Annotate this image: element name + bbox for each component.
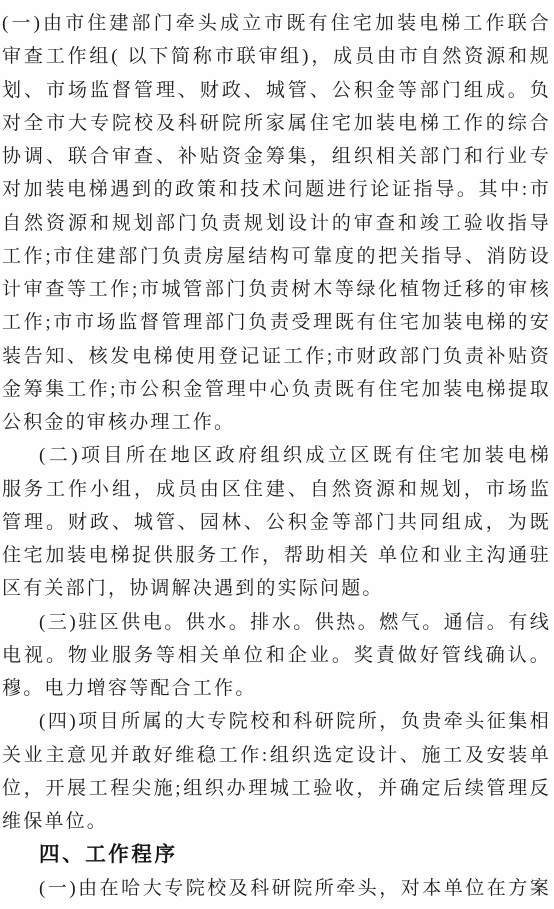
text-line: 关业主意见并敢好维稳工作:组织选定设计、施工及安装单 bbox=[2, 739, 551, 772]
text-line: (二)项目所在地区政府组织成立区既有住宅加装电梯 bbox=[2, 439, 551, 472]
text-line: (四)项目所属的大专院校和科研院所，负贵牵头征集相 bbox=[2, 705, 551, 738]
text-line: (一)由市住建部门牵头成立市既有住宅加装电梯工作联合 bbox=[2, 7, 551, 40]
text-line: 金筹集工作;市公积金管理中心负责既有住宅加装电梯提取 bbox=[2, 373, 551, 406]
text-line: 维保单位。 bbox=[2, 805, 551, 838]
text-line: 对全市大专院校及科研院所家属住宅加装电梯工作的综合 bbox=[2, 107, 551, 140]
text-line: 公积金的审核办理工作。 bbox=[2, 406, 551, 439]
text-line: 区有关部门，协调解决遇到的实际问题。 bbox=[2, 572, 551, 605]
text-line: 划、市场监督管理、财政、城管、公积金等部门组成。负责 bbox=[2, 74, 551, 107]
text-line: 服务工作小组，成员由区住建、自然资源和规划，市场监督 bbox=[2, 473, 551, 506]
text-line: 管理。财政、城管、园林、公积金等部门共同组成，为既有 bbox=[2, 506, 551, 539]
section-heading: 四、工作程序 bbox=[2, 838, 551, 871]
text-line: 工作;市住建部门负责房屋结构可靠度的把关指导、消防设 bbox=[2, 240, 551, 273]
text-line: 穆。电力增容等配合工作。 bbox=[2, 672, 551, 705]
document-page: (一)由市住建部门牵头成立市既有住宅加装电梯工作联合 审查工作组( 以下简称市联… bbox=[0, 0, 554, 909]
text-line: 位，开展工程尖施;组织办理城工验收，并确定后续管理反 bbox=[2, 772, 551, 805]
text-line: 自然资源和规划部门负责规划设计的审查和竣工验收指导 bbox=[2, 207, 551, 240]
text-line: 工作;市市场监督管理部门负责受理既有住宅加装电梯的安 bbox=[2, 306, 551, 339]
text-line: (一)由在哈大专院校及科研院所牵头，对本单位在方案 bbox=[2, 872, 551, 905]
text-line: 对加装电梯遇到的政策和技术问题进行论证指导。其中:市 bbox=[2, 173, 551, 206]
text-line: (三)驻区供电。供水。排水。供热。燃气。通信。有线 bbox=[2, 606, 551, 639]
text-line: 住宅加装电梯捉供服务工作，帮助相关 单位和业主沟通驻 bbox=[2, 539, 551, 572]
text-line: 计审查等工作;市城管部门负责树木等绿化植物迁移的审核 bbox=[2, 273, 551, 306]
text-line: 电视。物业服务等相关单位和企业。奖責做好管线确认。迁 bbox=[2, 639, 551, 672]
text-line: 装告知、核发电梯使用登记证工作;市财政部门负责补贴资 bbox=[2, 340, 551, 373]
text-line: 协调、联合审查、补贴资金筹集，组织相关部门和行业专家 bbox=[2, 140, 551, 173]
text-line: 审查工作组( 以下简称市联审组)，成员由市自然资源和规 bbox=[2, 40, 551, 73]
